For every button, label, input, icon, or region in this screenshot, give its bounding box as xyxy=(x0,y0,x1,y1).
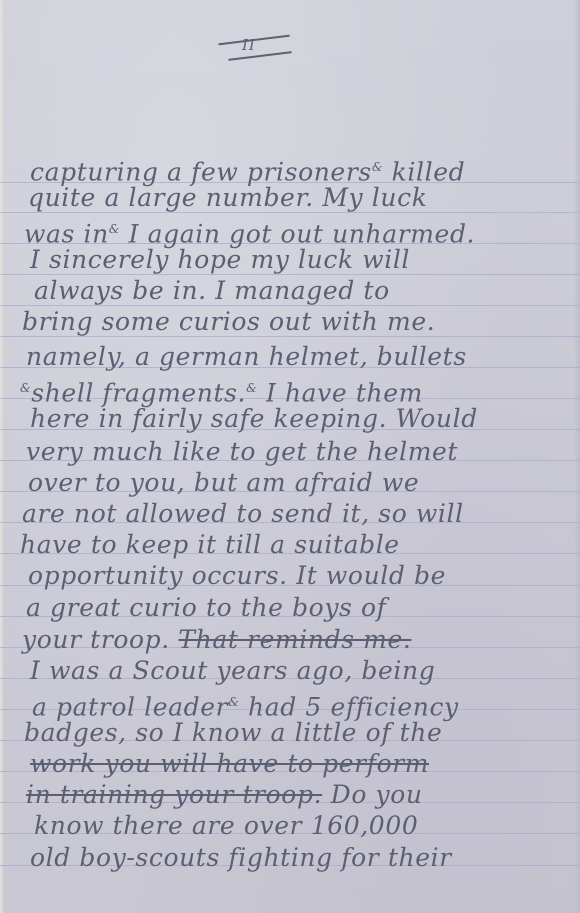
handwritten-line: I sincerely hope my luck will xyxy=(30,245,410,275)
ampersand-mark: & xyxy=(20,381,31,395)
line-text: a patrol leader xyxy=(32,692,228,721)
line-text: know there are over 160,000 xyxy=(34,811,418,840)
handwritten-line: very much like to get the helmet xyxy=(26,437,458,467)
handwritten-line: are not allowed to send it, so will xyxy=(22,499,464,529)
line-text: I have them xyxy=(257,378,423,407)
handwritten-line: I was a Scout years ago, being xyxy=(30,656,435,686)
line-text: badges, so I know a little of the xyxy=(24,718,442,747)
line-text: your troop. xyxy=(22,625,170,654)
line-text: was in xyxy=(24,219,109,248)
ampersand-mark: & xyxy=(228,695,239,709)
handwritten-line: here in fairly safe keeping. Would xyxy=(30,404,478,434)
line-text: over to you, but am afraid we xyxy=(28,468,419,497)
handwritten-line: badges, so I know a little of the xyxy=(24,718,442,748)
page-number: II xyxy=(212,28,296,68)
line-text: had 5 efficiency xyxy=(240,692,459,721)
line-text: are not allowed to send it, so will xyxy=(22,499,464,528)
struck-text: That reminds me. xyxy=(178,625,411,654)
ampersand-mark: & xyxy=(109,222,120,236)
line-text: very much like to get the helmet xyxy=(26,437,458,466)
struck-text: in training your troop. xyxy=(26,780,322,809)
line-text: namely, a german helmet, bullets xyxy=(26,342,467,371)
handwritten-line: quite a large number. My luck xyxy=(28,183,427,213)
handwritten-line: namely, a german helmet, bullets xyxy=(26,342,467,372)
ampersand-mark: & xyxy=(372,160,383,174)
line-text: opportunity occurs. It would be xyxy=(28,561,446,590)
handwritten-line: your troop. That reminds me. xyxy=(22,625,411,655)
page-number-numeral: II xyxy=(242,36,256,54)
handwritten-line: bring some curios out with me. xyxy=(22,307,435,337)
handwritten-line: in training your troop. Do you xyxy=(26,780,423,810)
page-number-underline xyxy=(228,51,292,61)
line-text: old boy-scouts fighting for their xyxy=(30,843,452,872)
line-text: bring some curios out with me. xyxy=(22,307,435,336)
handwritten-line: know there are over 160,000 xyxy=(34,811,418,841)
ampersand-mark: & xyxy=(246,381,257,395)
line-text: Do you xyxy=(322,780,422,809)
line-text: always be in. I managed to xyxy=(34,276,390,305)
line-text: here in fairly safe keeping. Would xyxy=(30,404,478,433)
handwritten-line: over to you, but am afraid we xyxy=(28,468,419,498)
line-text: capturing a few prisoners xyxy=(30,157,372,186)
handwritten-line: always be in. I managed to xyxy=(34,276,390,306)
handwritten-line: old boy-scouts fighting for their xyxy=(30,843,452,873)
handwritten-line: a great curio to the boys of xyxy=(26,593,387,623)
line-text: killed xyxy=(383,157,465,186)
handwritten-line: opportunity occurs. It would be xyxy=(28,561,446,591)
line-text: a great curio to the boys of xyxy=(26,593,387,622)
line-text: I sincerely hope my luck will xyxy=(30,245,410,274)
paper-right-edge xyxy=(574,0,580,913)
struck-text: work you will have to perform xyxy=(30,749,429,778)
line-text: I was a Scout years ago, being xyxy=(30,656,435,685)
line-text: I again got out unharmed. xyxy=(120,219,475,248)
handwritten-line: have to keep it till a suitable xyxy=(20,530,400,560)
line-text: have to keep it till a suitable xyxy=(20,530,400,559)
paper-left-edge xyxy=(0,0,4,913)
letter-page: II capturing a few prisoners& killedquit… xyxy=(0,0,580,913)
handwritten-line: work you will have to perform xyxy=(30,749,429,779)
line-text: quite a large number. My luck xyxy=(28,183,427,212)
line-text: shell fragments. xyxy=(31,378,246,407)
